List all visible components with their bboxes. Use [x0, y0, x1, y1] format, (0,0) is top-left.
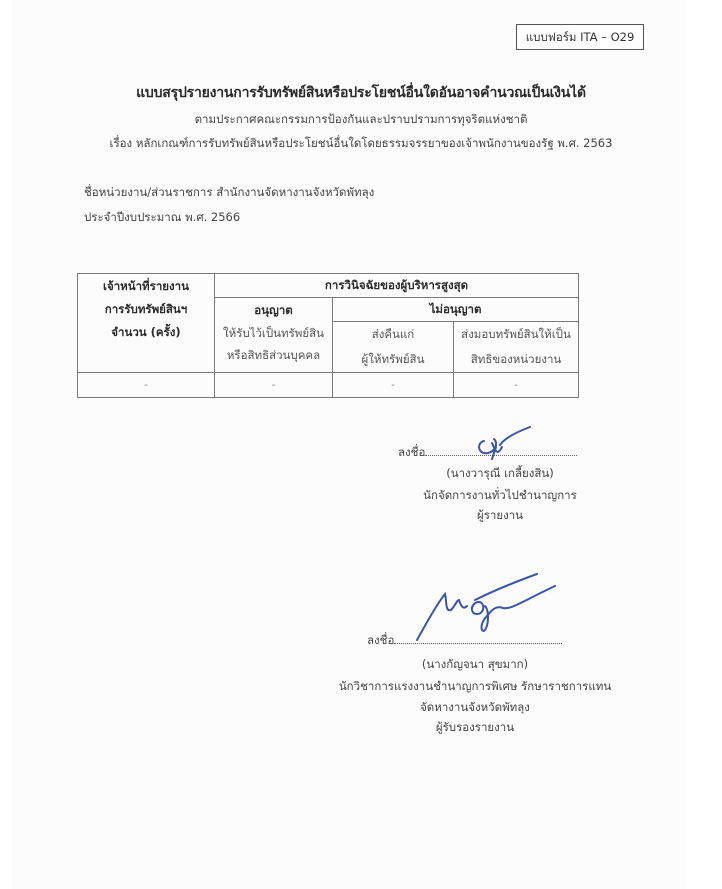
not-approved-header: ไม่อนุญาต: [333, 298, 579, 322]
cell-reported-count: -: [78, 373, 215, 398]
cell-approved: -: [215, 373, 333, 398]
table-row: - - - -: [78, 373, 579, 398]
document-subtitle-announcement: ตามประกาศคณะกรรมการป้องกันและปราบปรามการ…: [0, 111, 722, 129]
executive-decision-header: การวินิจฉัยของผู้บริหารสูงสุด: [215, 274, 579, 298]
approved-header: อนุญาต ให้รับไว้เป็นทรัพย์สิน หรือสิทธิส…: [215, 298, 333, 373]
document-subtitle-subject: เรื่อง หลักเกณฑ์การรับทรัพย์สินหรือประโย…: [0, 135, 722, 153]
form-code-box: แบบฟอร์ม ITA – O29: [516, 24, 644, 50]
certifier-name: (นางกัญจนา สุขมาก): [350, 656, 600, 674]
reporter-position: นักจัดการงานทั่วไปชำนาญการ: [400, 487, 600, 505]
reporter-signature-icon: [470, 425, 540, 465]
return-header-line-2: ผู้ให้ทรัพย์สิน: [333, 347, 453, 372]
approved-desc-line-2: หรือสิทธิส่วนบุคคล: [215, 344, 332, 366]
certifier-signature-icon: [415, 572, 595, 647]
fiscal-year-line: ประจำปีงบประมาณ พ.ศ. 2566: [84, 209, 240, 227]
reported-count-header-line-2: การรับทรัพย์สินฯ: [78, 298, 214, 321]
document-title: แบบสรุปรายงานการรับทรัพย์สินหรือประโยชน์…: [0, 82, 722, 104]
transfer-header-line-1: ส่งมอบทรัพย์สินให้เป็น: [454, 322, 578, 347]
transfer-to-agency-header: ส่งมอบทรัพย์สินให้เป็น สิทธิของหน่วยงาน: [454, 322, 579, 373]
agency-name-line: ชื่อหน่วยงาน/ส่วนราชการ สำนักงานจัดหางาน…: [84, 184, 374, 202]
cell-returned: -: [333, 373, 454, 398]
transfer-header-line-2: สิทธิของหน่วยงาน: [454, 347, 578, 372]
sign-label: ลงชื่อ: [398, 445, 425, 459]
certifier-position: นักวิชาการแรงงานชำนาญการพิเศษ รักษาราชกา…: [300, 678, 650, 696]
certifier-organization: จัดหางานจังหวัดพัทลุง: [350, 699, 600, 717]
return-to-giver-header: ส่งคืนแก่ ผู้ให้ทรัพย์สิน: [333, 322, 454, 373]
certifier-role: ผู้รับรองรายงาน: [350, 719, 600, 737]
gift-report-table: เจ้าหน้าที่รายงาน การรับทรัพย์สินฯ จำนวน…: [77, 273, 579, 398]
reported-count-header-line-1: เจ้าหน้าที่รายงาน: [78, 275, 214, 298]
reported-count-header-line-3: จำนวน (ครั้ง): [78, 321, 214, 344]
approved-label: อนุญาต: [215, 299, 332, 322]
reporter-name: (นางวารุณี เกลี้ยงสิน): [400, 465, 600, 483]
sign-label: ลงชื่อ: [367, 633, 394, 647]
document-page: [12, 0, 686, 889]
approved-desc-line-1: ให้รับไว้เป็นทรัพย์สิน: [215, 322, 332, 344]
return-header-line-1: ส่งคืนแก่: [333, 322, 453, 347]
reporter-role: ผู้รายงาน: [400, 507, 600, 525]
cell-transferred: -: [454, 373, 579, 398]
reported-count-header: เจ้าหน้าที่รายงาน การรับทรัพย์สินฯ จำนวน…: [78, 274, 215, 373]
